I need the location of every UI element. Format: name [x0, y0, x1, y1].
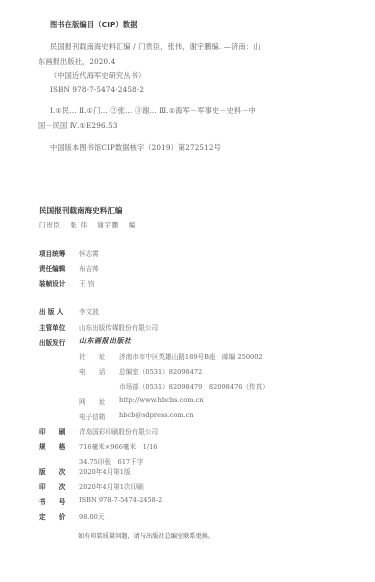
publisher-person: 李文波	[79, 306, 99, 316]
cip-record-number: 中国版本图书馆CIP数据核字（2019）第272512号	[50, 143, 221, 153]
printer: 青岛国彩印刷股份有限公司	[79, 426, 158, 436]
cip-classification-2: 国－民国 Ⅳ.①E296.53	[38, 121, 118, 131]
staff-value-editor: 布吉帅	[79, 263, 99, 273]
address: 济南市市中区英雄山路189号B座 邮编 250002	[119, 351, 263, 361]
editor-suffix: 编	[129, 221, 136, 229]
email: hbcb@sdpress.com.cn	[119, 411, 194, 419]
staff-label-coordinator: 项目统筹	[39, 248, 65, 258]
staff-label-designer: 装帧设计	[39, 278, 65, 288]
cip-series: （中国近代海军史研究丛书）	[50, 71, 145, 81]
book-authors: 门贵臣 张 伟 谢宇鹏 编	[39, 220, 143, 229]
sheets-words: 34.75印张 617千字	[79, 456, 143, 466]
edition: 2020年4月第1版	[79, 466, 131, 476]
book-title: 民国报刊载南海史料汇编	[39, 205, 123, 216]
author-3: 谢宇鹏	[97, 221, 119, 229]
phone-marketing: 市场部（0531）82098479 82098476（传真）	[119, 381, 269, 391]
quality-notice: 如有印装质量问题，请与出版社总编室联系更换。	[78, 531, 214, 540]
author-2: 张 伟	[70, 221, 87, 229]
cip-classification-1: Ⅰ.①民… Ⅱ.①门… ②张… ③谢… Ⅲ.①海军－军事史－史料－中	[50, 106, 256, 116]
cip-line-2: 东画报出版社，2020.4	[38, 57, 115, 67]
staff-label-editor: 责任编辑	[39, 263, 65, 273]
edition-label: 版 次	[39, 466, 65, 476]
price: 98.00元	[79, 511, 104, 521]
email-label: 电子信箱	[79, 411, 105, 421]
cip-line-1: 民国报刊载南海史料汇编 / 门贵臣，张伟，谢宇鹏编. —济南：山	[50, 42, 260, 52]
phone-label: 电 话	[79, 366, 105, 376]
address-label: 社 址	[79, 351, 105, 361]
isbn: ISBN 978-7-5474-2458-2	[79, 496, 162, 504]
isbn-label: 书 号	[39, 496, 65, 506]
printing-label: 印 次	[39, 481, 65, 491]
printer-label: 印 刷	[39, 426, 65, 436]
staff-value-coordinator: 怀志霄	[79, 248, 99, 258]
format: 716毫米×966毫米 1/16	[79, 441, 157, 451]
printing: 2020年4月第1次印刷	[79, 481, 144, 491]
website: http://www.hbcbs.com.cn	[119, 396, 204, 404]
publisher-person-label: 出 版 人	[39, 306, 63, 316]
supervisor: 山东出版传媒股份有限公司	[79, 322, 158, 332]
format-label: 规 格	[39, 441, 65, 451]
staff-value-designer: 王 钧	[79, 278, 94, 288]
publisher-label: 出版发行	[39, 337, 65, 347]
cip-heading: 图书在版编目（CIP）数据	[50, 20, 138, 30]
price-label: 定 价	[39, 511, 65, 521]
website-label: 网 址	[79, 396, 105, 406]
author-1: 门贵臣	[39, 221, 61, 229]
copyright-page: 图书在版编目（CIP）数据 民国报刊载南海史料汇编 / 门贵臣，张伟，谢宇鹏编.…	[0, 0, 375, 582]
publisher-brand-logo: 山东画报出版社	[79, 336, 132, 346]
cip-isbn: ISBN 978-7-5474-2458-2	[50, 85, 144, 94]
supervisor-label: 主管单位	[39, 322, 65, 332]
phone-editorial: 总编室（0531）82098472	[119, 366, 202, 376]
